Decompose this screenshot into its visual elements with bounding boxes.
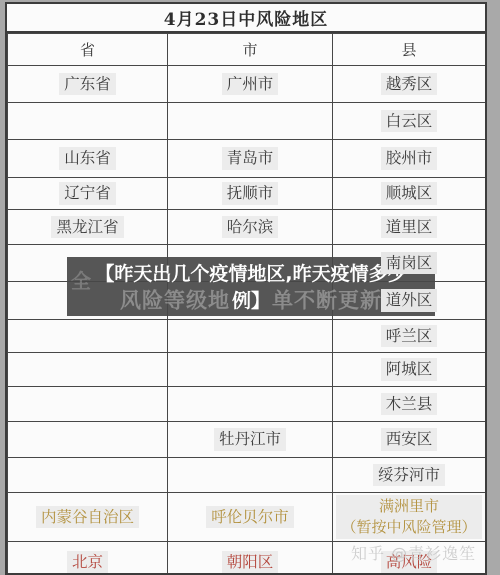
province-cell: 辽宁省 <box>8 178 168 210</box>
county-text: 西安区 <box>381 428 438 450</box>
table-row: 木兰县 <box>8 387 486 422</box>
table-row: 绥芬河市 <box>8 458 486 493</box>
county-cell: 道里区 <box>333 210 486 245</box>
table-row: 辽宁省 抚顺市 顺城区 <box>8 178 486 210</box>
county-text: 绥芬河市 <box>373 464 445 486</box>
province-cell: 北京 <box>8 542 168 575</box>
county-cell: 越秀区 <box>333 66 486 103</box>
city-text: 青岛市 <box>222 147 279 169</box>
overlay-caption-line2-text: 例】 <box>230 290 272 312</box>
province-cell: 内蒙谷自治区 <box>8 493 168 542</box>
table-row: 黑龙江省 哈尔滨 道里区 <box>8 210 486 245</box>
province-text: 辽宁省 <box>59 182 116 204</box>
column-header-province: 省 <box>8 34 168 66</box>
county-text: 木兰县 <box>381 393 438 415</box>
table-row: 内蒙谷自治区 呼伦贝尔市 满洲里市 （暂按中风险管理） <box>8 493 486 542</box>
column-header-city: 市 <box>168 34 333 66</box>
province-text: 山东省 <box>59 147 116 169</box>
city-cell <box>168 320 333 353</box>
county-cell: 满洲里市 （暂按中风险管理） <box>333 493 486 542</box>
province-cell: 黑龙江省 <box>8 210 168 245</box>
county-text: 满洲里市 （暂按中风险管理） <box>336 495 481 539</box>
city-cell <box>168 387 333 422</box>
table-header-row: 省 市 县 <box>8 34 486 66</box>
table-row: 广东省 广州市 越秀区 <box>8 66 486 103</box>
table-row: 白云区 <box>8 103 486 140</box>
overlay-background-text-right: 单不断更新 <box>272 289 382 313</box>
column-header-county: 县 <box>333 34 486 66</box>
city-text: 哈尔滨 <box>222 216 279 238</box>
county-text: 呼兰区 <box>381 325 438 347</box>
province-text: 广东省 <box>59 73 116 95</box>
city-cell <box>168 458 333 493</box>
city-cell: 朝阳区 <box>168 542 333 575</box>
county-text: 道里区 <box>381 216 438 238</box>
city-cell: 青岛市 <box>168 140 333 178</box>
county-cell: 木兰县 <box>333 387 486 422</box>
city-cell: 哈尔滨 <box>168 210 333 245</box>
county-text: 越秀区 <box>381 73 438 95</box>
table-row: 呼兰区 <box>8 320 486 353</box>
province-cell <box>8 458 168 493</box>
province-text: 黑龙江省 <box>51 216 123 238</box>
province-text: 内蒙谷自治区 <box>36 506 139 528</box>
table-row: 牡丹江市 西安区 <box>8 422 486 458</box>
city-cell: 抚顺市 <box>168 178 333 210</box>
overlay-background-text-left: 风险等级地 <box>120 289 230 313</box>
county-cell: 顺城区 <box>333 178 486 210</box>
city-cell <box>168 353 333 387</box>
province-cell <box>8 422 168 458</box>
province-cell <box>8 103 168 140</box>
county-cell: 西安区 <box>333 422 486 458</box>
county-cell: 白云区 <box>333 103 486 140</box>
county-text: 顺城区 <box>381 182 438 204</box>
city-cell: 牡丹江市 <box>168 422 333 458</box>
province-cell <box>8 387 168 422</box>
table-row: 阿城区 <box>8 353 486 387</box>
table-title: 4月23日中风险地区 <box>7 4 485 33</box>
county-text: 白云区 <box>381 110 438 132</box>
county-cell: 胶州市 <box>333 140 486 178</box>
overlay-background-fragment: 全 <box>71 265 91 294</box>
city-text: 朝阳区 <box>222 551 279 573</box>
province-text: 北京 <box>67 551 108 573</box>
county-text: 阿城区 <box>381 358 438 380</box>
city-cell: 呼伦贝尔市 <box>168 493 333 542</box>
city-text: 牡丹江市 <box>214 428 286 450</box>
table-body: 广东省 广州市 越秀区 白云区 山东省 青岛市 胶州市 辽宁省 抚顺市 顺城区 … <box>8 66 486 575</box>
province-cell <box>8 320 168 353</box>
city-cell <box>168 103 333 140</box>
table-row: 山东省 青岛市 胶州市 <box>8 140 486 178</box>
province-cell <box>8 353 168 387</box>
city-text: 广州市 <box>222 73 279 95</box>
county-cell: 绥芬河市 <box>333 458 486 493</box>
city-cell: 广州市 <box>168 66 333 103</box>
city-text: 抚顺市 <box>222 182 279 204</box>
province-cell: 山东省 <box>8 140 168 178</box>
right-edge-strip <box>487 0 500 575</box>
county-cell: 阿城区 <box>333 353 486 387</box>
watermark: 知乎 @青衫逸笙 <box>351 541 493 564</box>
county-text: 南岗区 <box>381 252 438 274</box>
county-text: 道外区 <box>381 289 438 311</box>
county-text: 胶州市 <box>381 147 438 169</box>
county-cell: 呼兰区 <box>333 320 486 353</box>
province-cell: 广东省 <box>8 66 168 103</box>
city-text: 呼伦贝尔市 <box>206 506 294 528</box>
